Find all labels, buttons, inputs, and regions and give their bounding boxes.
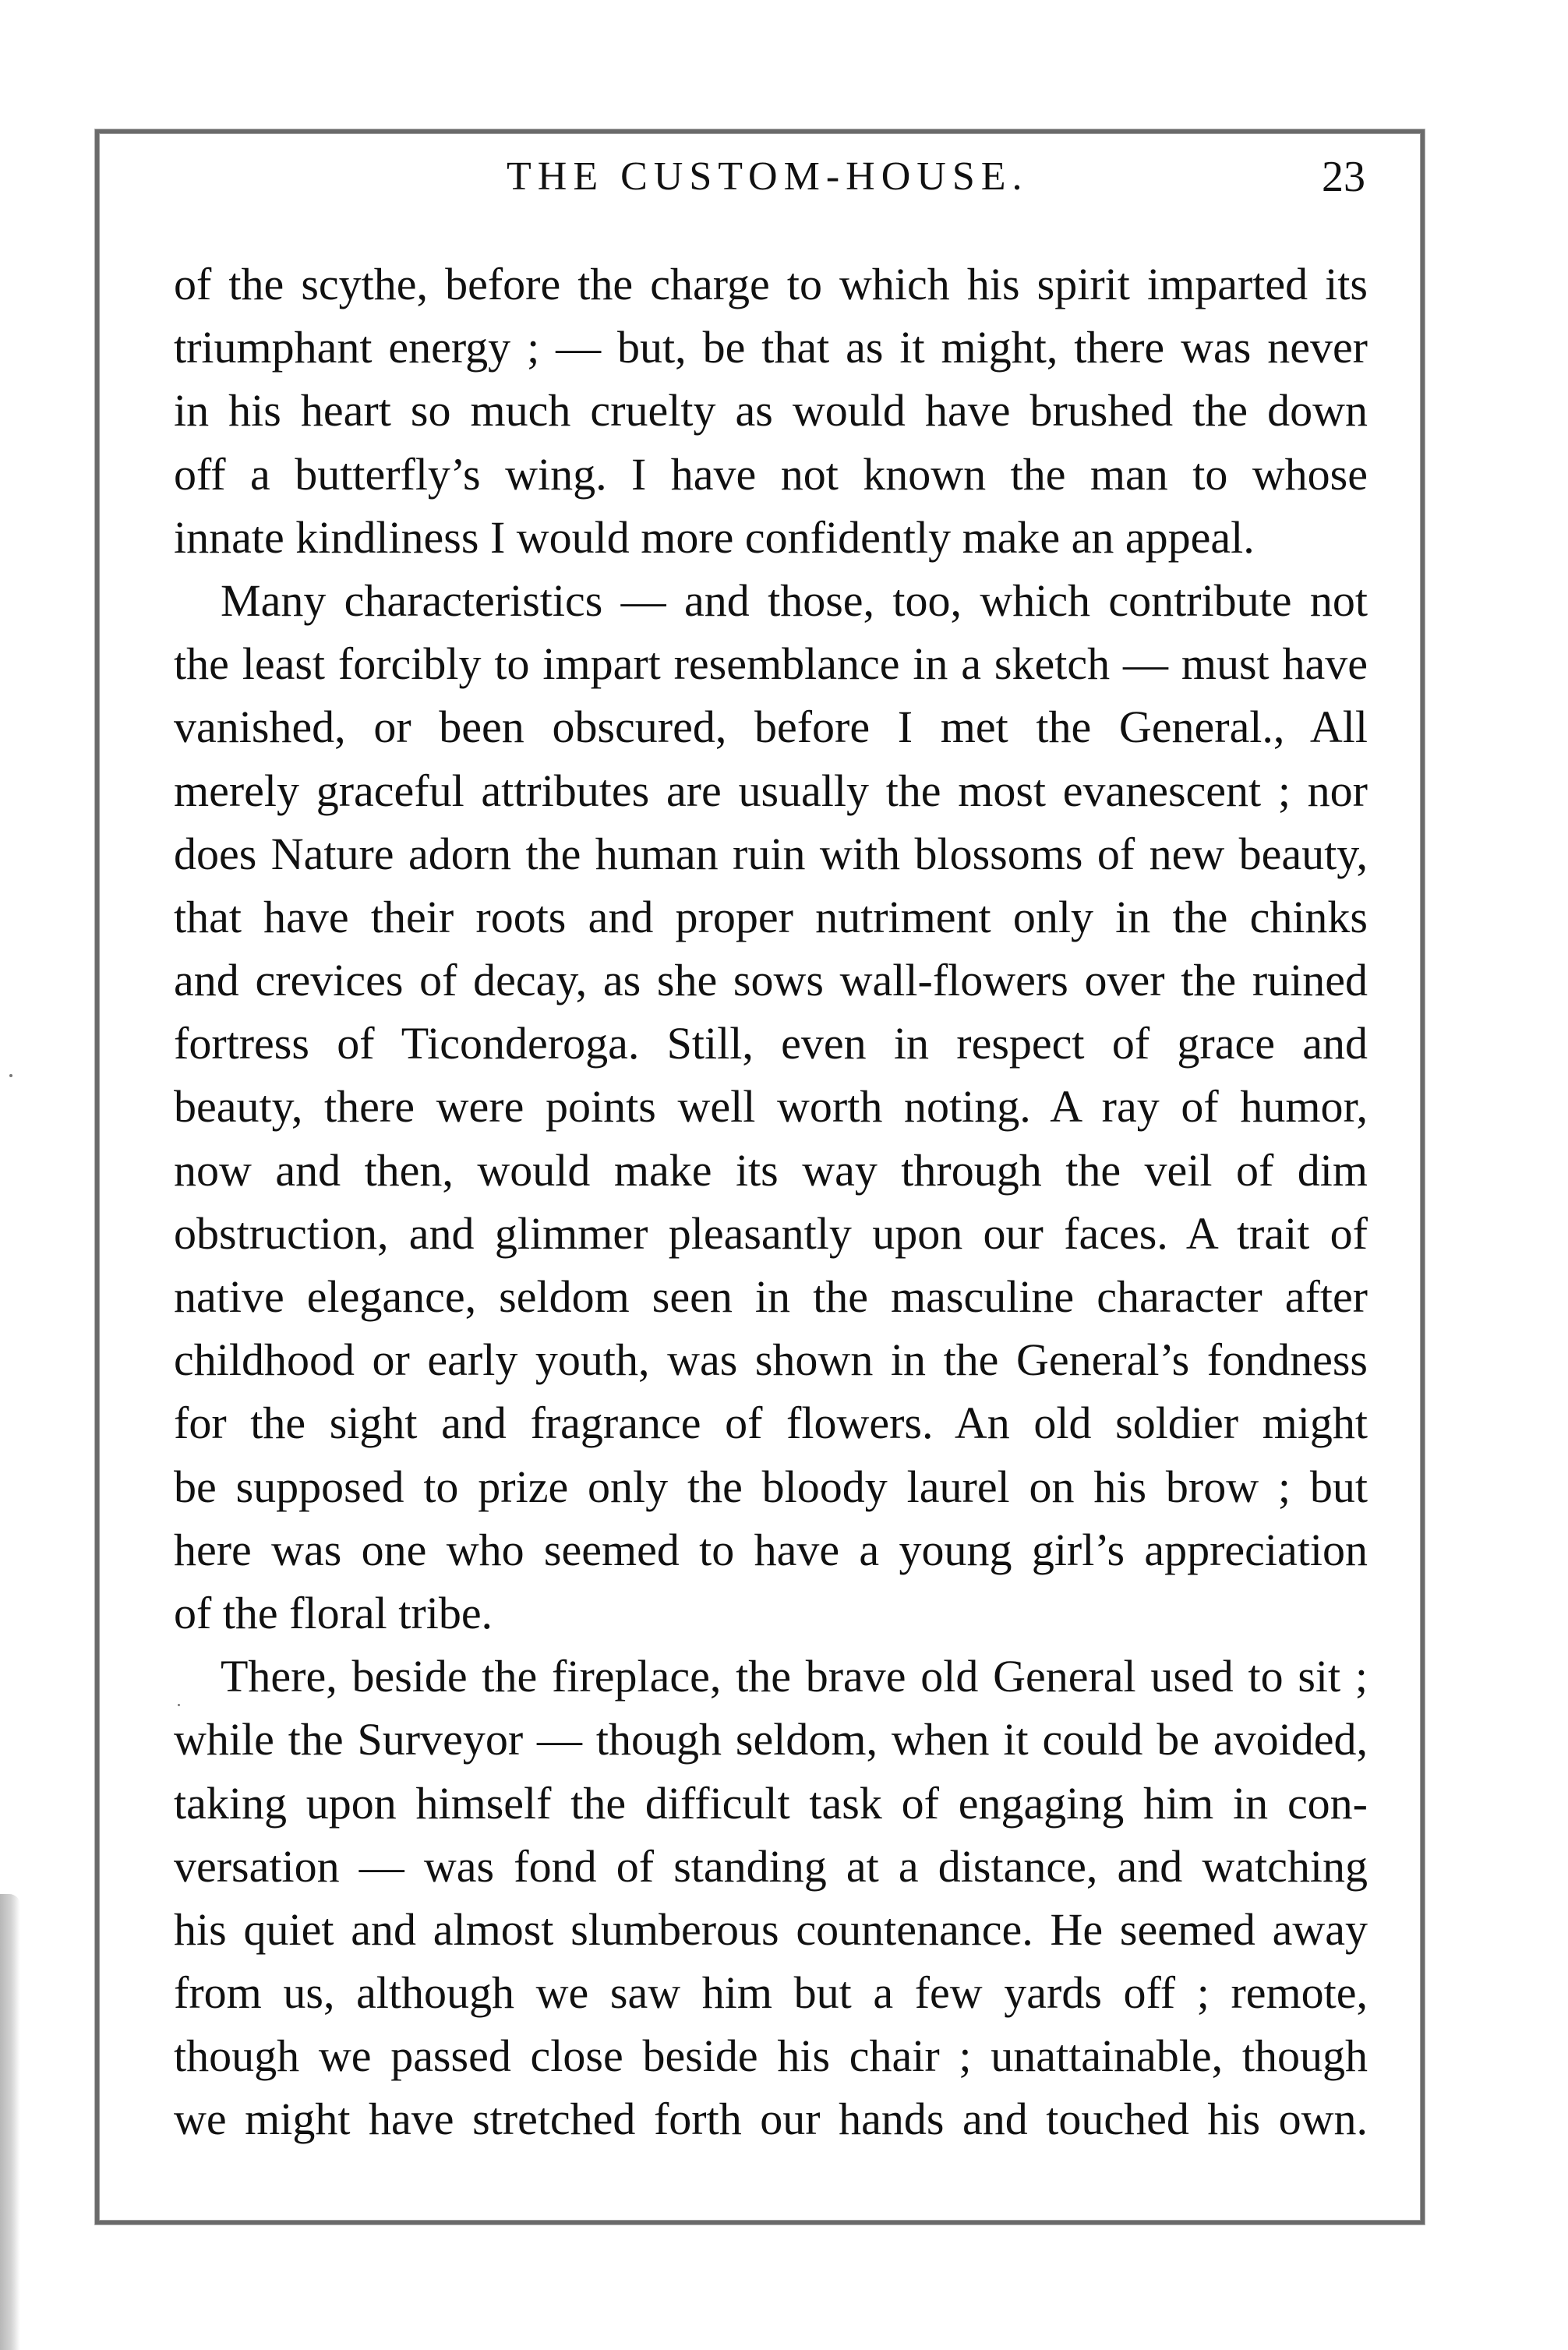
- text-line: off a butterfly’s wing. I have not known…: [174, 443, 1368, 506]
- text-line: though we passed close beside his chair …: [174, 2024, 1368, 2087]
- text-line: that have their roots and proper nutrime…: [174, 885, 1368, 949]
- scan-speck: [9, 1074, 12, 1077]
- text-line: There, beside the fireplace, the brave o…: [174, 1645, 1368, 1708]
- text-line: innate kindliness I would more confident…: [174, 506, 1368, 569]
- text-line: while the Surveyor — though seldom, when…: [174, 1708, 1368, 1771]
- text-line: vanished, or been obscured, before I met…: [174, 695, 1368, 758]
- text-line: from us, although we saw him but a few y…: [174, 1961, 1368, 2024]
- text-line: the least forcibly to impart resemblance…: [174, 632, 1368, 695]
- text-line: native elegance, seldom seen in the masc…: [174, 1265, 1368, 1328]
- scan-edge-shadow: [0, 1894, 20, 2350]
- text-line: beauty, there were points well worth not…: [174, 1075, 1368, 1138]
- text-line: here was one who seemed to have a young …: [174, 1518, 1368, 1581]
- text-line: of the floral tribe.: [174, 1581, 1368, 1645]
- body-text: of the scythe, before the charge to whic…: [174, 253, 1368, 2151]
- text-line: fortress of Ticonderoga. Still, even in …: [174, 1012, 1368, 1075]
- text-line: in his heart so much cruelty as would ha…: [174, 379, 1368, 442]
- text-line: versation — was fond of standing at a di…: [174, 1835, 1368, 1898]
- text-line: of the scythe, before the charge to whic…: [174, 253, 1368, 316]
- text-line: obstruction, and glimmer pleasantly upon…: [174, 1202, 1368, 1265]
- text-line: his quiet and almost slumberous countena…: [174, 1898, 1368, 1961]
- text-line: childhood or early youth, was shown in t…: [174, 1328, 1368, 1391]
- text-line: for the sight and fragrance of flowers. …: [174, 1391, 1368, 1454]
- paragraph: There, beside the fireplace, the brave o…: [174, 1645, 1368, 2151]
- text-line: and crevices of decay, as she sows wall-…: [174, 949, 1368, 1012]
- text-line: Many characteristics — and those, too, w…: [174, 569, 1368, 632]
- text-line: merely graceful attributes are usually t…: [174, 759, 1368, 822]
- running-head: THE CUSTOM-HOUSE.: [507, 153, 1029, 201]
- text-line: now and then, would make its way through…: [174, 1139, 1368, 1202]
- text-line: triumphant energy ; — but, be that as it…: [174, 316, 1368, 379]
- text-line: does Nature adorn the human ruin with bl…: [174, 822, 1368, 885]
- paragraph: Many characteristics — and those, too, w…: [174, 569, 1368, 1645]
- page-number: 23: [1322, 153, 1365, 201]
- text-line: be supposed to prize only the bloody lau…: [174, 1455, 1368, 1518]
- text-line: we might have stretched forth our hands …: [174, 2087, 1368, 2150]
- text-line: taking upon himself the difficult task o…: [174, 1772, 1368, 1835]
- paragraph: of the scythe, before the charge to whic…: [174, 253, 1368, 569]
